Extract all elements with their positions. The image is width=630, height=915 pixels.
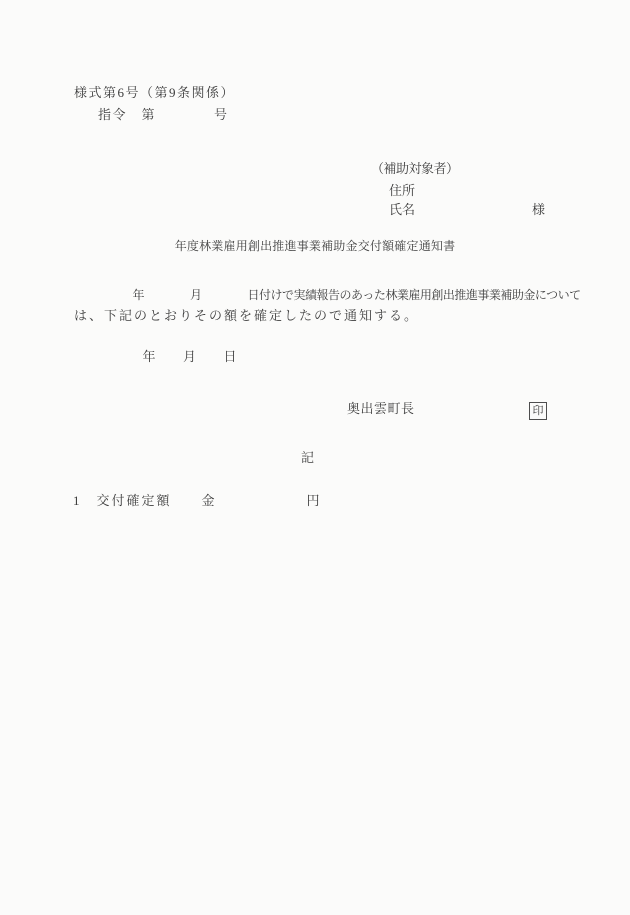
recipient-address-label: 住所: [389, 183, 415, 198]
body-paragraph-line1: 年 月 日付けで実績報告のあった林業雇用創出推進事業補助金について: [75, 288, 581, 303]
document-page: 様式第6号（第9条関係） 指令 第 号 （補助対象者） 住所 氏名 様 年度林業…: [0, 0, 630, 915]
recipient-group-label: （補助対象者）: [371, 161, 459, 176]
issuer-title: 奥出雲町長: [347, 401, 415, 416]
issue-date-line: 年 月 日: [75, 349, 237, 364]
form-number: 様式第6号（第9条関係）: [74, 85, 235, 100]
inkan-seal-mark: 印: [529, 402, 547, 420]
record-marker: 記: [301, 450, 314, 465]
recipient-name-line: 氏名 様: [389, 202, 545, 217]
document-title: 年度林業雇用創出推進事業補助金交付額確定通知書: [0, 239, 630, 254]
directive-number-line: 指令 第 号: [98, 107, 229, 122]
body-paragraph-line2: は、下記のとおりその額を確定したので通知する。: [74, 308, 419, 323]
grant-amount-line: 1 交付確定額 金 円: [73, 493, 322, 508]
